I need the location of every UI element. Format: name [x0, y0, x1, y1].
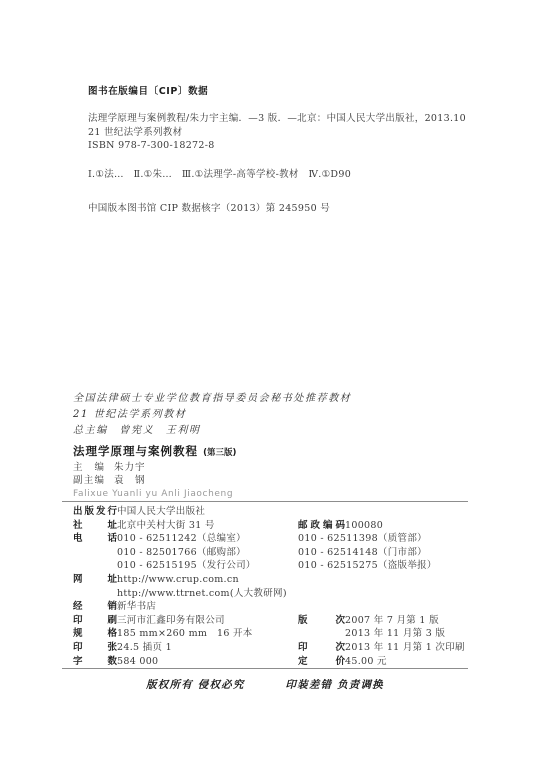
phone-right: 010 - 62514148（门市部） [298, 546, 473, 560]
row-label [73, 559, 117, 573]
row-value: 北京中关村大街 31 号 [117, 519, 298, 533]
edition-history-label-spacer [298, 627, 345, 641]
book-title: 法理学原理与案例教程 [73, 444, 198, 458]
recommendation-note: 全国法律硕士专业学位教育指导委员会秘书处推荐教材 [73, 391, 483, 407]
row-value: http://www.crup.com.cn [117, 573, 298, 587]
printing-value: 2013 年 11 月第 1 次印刷 [345, 641, 473, 655]
colophon-row-phone-2: 010 - 82501766（邮购部） 010 - 62514148（门市部） [73, 546, 473, 560]
edition-label: (第三版) [203, 448, 236, 458]
pinyin-title: Falixue Yuanli yu Anli Jiaocheng [73, 489, 483, 499]
title-block: 全国法律硕士专业学位教育指导委员会秘书处推荐教材 21 世纪法学系列教材 总主编… [73, 391, 483, 499]
row-label: 字数 [73, 655, 117, 669]
row-label: 电话 [73, 532, 117, 546]
row-value: 新华书店 [117, 600, 298, 614]
colophon-block: 出版发行 中国人民大学出版社 社址 北京中关村大街 31 号 邮政编码 1000… [73, 505, 473, 668]
cip-isbn: ISBN 978-7-300-18272-8 [88, 139, 488, 153]
row-value: 010 - 62511242（总编室） [117, 532, 298, 546]
row-label: 规格 [73, 627, 117, 641]
book-title-line: 法理学原理与案例教程 (第三版) [73, 442, 483, 461]
postcode-value: 100080 [345, 519, 473, 533]
chief-editors: 总主编 曾宪义 王利明 [73, 423, 483, 439]
phone-right: 010 - 62511398（质管部） [298, 532, 473, 546]
colophon-row-publisher: 出版发行 中国人民大学出版社 [73, 505, 473, 519]
row-label [73, 587, 117, 601]
edition-history-value: 2007 年 7 月第 1 版 [345, 614, 473, 628]
row-value: 584 000 [117, 655, 298, 669]
row-value: 010 - 82501766（邮购部） [117, 546, 298, 560]
editor-name: 朱力宇 [114, 461, 146, 474]
row-value: 24.5 插页 1 [117, 641, 298, 655]
colophon-row-phone-1: 电话 010 - 62511242（总编室） 010 - 62511398（质管… [73, 532, 473, 546]
cip-series-line: 21 世纪法学系列教材 [88, 126, 488, 140]
colophon-row-format: 规格 185 mm×260 mm 16 开本 2013 年 11 月第 3 版 [73, 627, 473, 641]
cip-body: 法理学原理与案例教程/朱力宇主编．—3 版．—北京：中国人民大学出版社，2013… [88, 112, 488, 153]
colophon-row-website-1: 网址 http://www.crup.com.cn [73, 573, 473, 587]
colophon-row-wordcount: 字数 584 000 定价 45.00 元 [73, 655, 473, 669]
cip-header: 图书在版编目〔CIP〕数据 [88, 83, 488, 97]
deputy-editor-row: 副主编 袁 钢 [73, 474, 483, 487]
row-value: 010 - 62515195（发行公司） [117, 559, 298, 573]
series-name: 21 世纪法学系列教材 [73, 407, 483, 423]
colophon-row-website-2: http://www.ttrnet.com(人大教研网) [73, 587, 473, 601]
edition-history-value-2: 2013 年 11 月第 3 版 [345, 627, 473, 641]
phone-right: 010 - 62515275（盗版举报） [298, 559, 473, 573]
row-label: 经销 [73, 600, 117, 614]
edition-history-label: 版次 [298, 614, 345, 628]
row-label: 出版发行 [73, 505, 117, 519]
printing-label: 印次 [298, 641, 345, 655]
cip-block: 图书在版编目〔CIP〕数据 法理学原理与案例教程/朱力宇主编．—3 版．—北京：… [88, 83, 488, 214]
row-value: 中国人民大学出版社 [117, 505, 298, 519]
row-label [73, 546, 117, 560]
row-value: http://www.ttrnet.com(人大教研网) [117, 587, 298, 601]
row-label: 印刷 [73, 614, 117, 628]
editor-label: 主编 [73, 461, 104, 474]
postcode-label: 邮政编码 [298, 519, 345, 533]
colophon-row-sheets: 印张 24.5 插页 1 印次 2013 年 11 月第 1 次印刷 [73, 641, 473, 655]
copyright-notice-right: 印装差错 负责调换 [285, 679, 383, 691]
colophon-row-address: 社址 北京中关村大街 31 号 邮政编码 100080 [73, 519, 473, 533]
colophon-row-printer: 印刷 三河市汇鑫印务有限公司 版次 2007 年 7 月第 1 版 [73, 614, 473, 628]
row-label: 社址 [73, 519, 117, 533]
divider-top [62, 501, 468, 502]
copyright-notice: 版权所有 侵权必究 印装差错 负责调换 [62, 678, 468, 692]
copyright-notice-left: 版权所有 侵权必究 [146, 679, 244, 691]
deputy-editor-label: 副主编 [73, 474, 104, 487]
price-label: 定价 [298, 655, 345, 669]
price-value: 45.00 元 [345, 655, 473, 669]
cip-classification: Ⅰ.①法… Ⅱ.①朱… Ⅲ.①法理学-高等学校-教材 Ⅳ.①D90 [88, 166, 488, 180]
deputy-editor-name: 袁 钢 [114, 474, 146, 487]
divider-bottom [62, 668, 468, 669]
row-value: 三河市汇鑫印务有限公司 [117, 614, 298, 628]
row-value: 185 mm×260 mm 16 开本 [117, 627, 298, 641]
cip-title-line: 法理学原理与案例教程/朱力宇主编．—3 版．—北京：中国人民大学出版社，2013… [88, 112, 488, 126]
colophon-row-distributor: 经销 新华书店 [73, 600, 473, 614]
editor-row: 主编 朱力宇 [73, 461, 483, 474]
cip-record-number: 中国版本图书馆 CIP 数据核字（2013）第 245950 号 [88, 200, 488, 214]
row-label: 印张 [73, 641, 117, 655]
book-copyright-page: 图书在版编目〔CIP〕数据 法理学原理与案例教程/朱力宇主编．—3 版．—北京：… [0, 0, 544, 757]
colophon-row-phone-3: 010 - 62515195（发行公司） 010 - 62515275（盗版举报… [73, 559, 473, 573]
row-label: 网址 [73, 573, 117, 587]
